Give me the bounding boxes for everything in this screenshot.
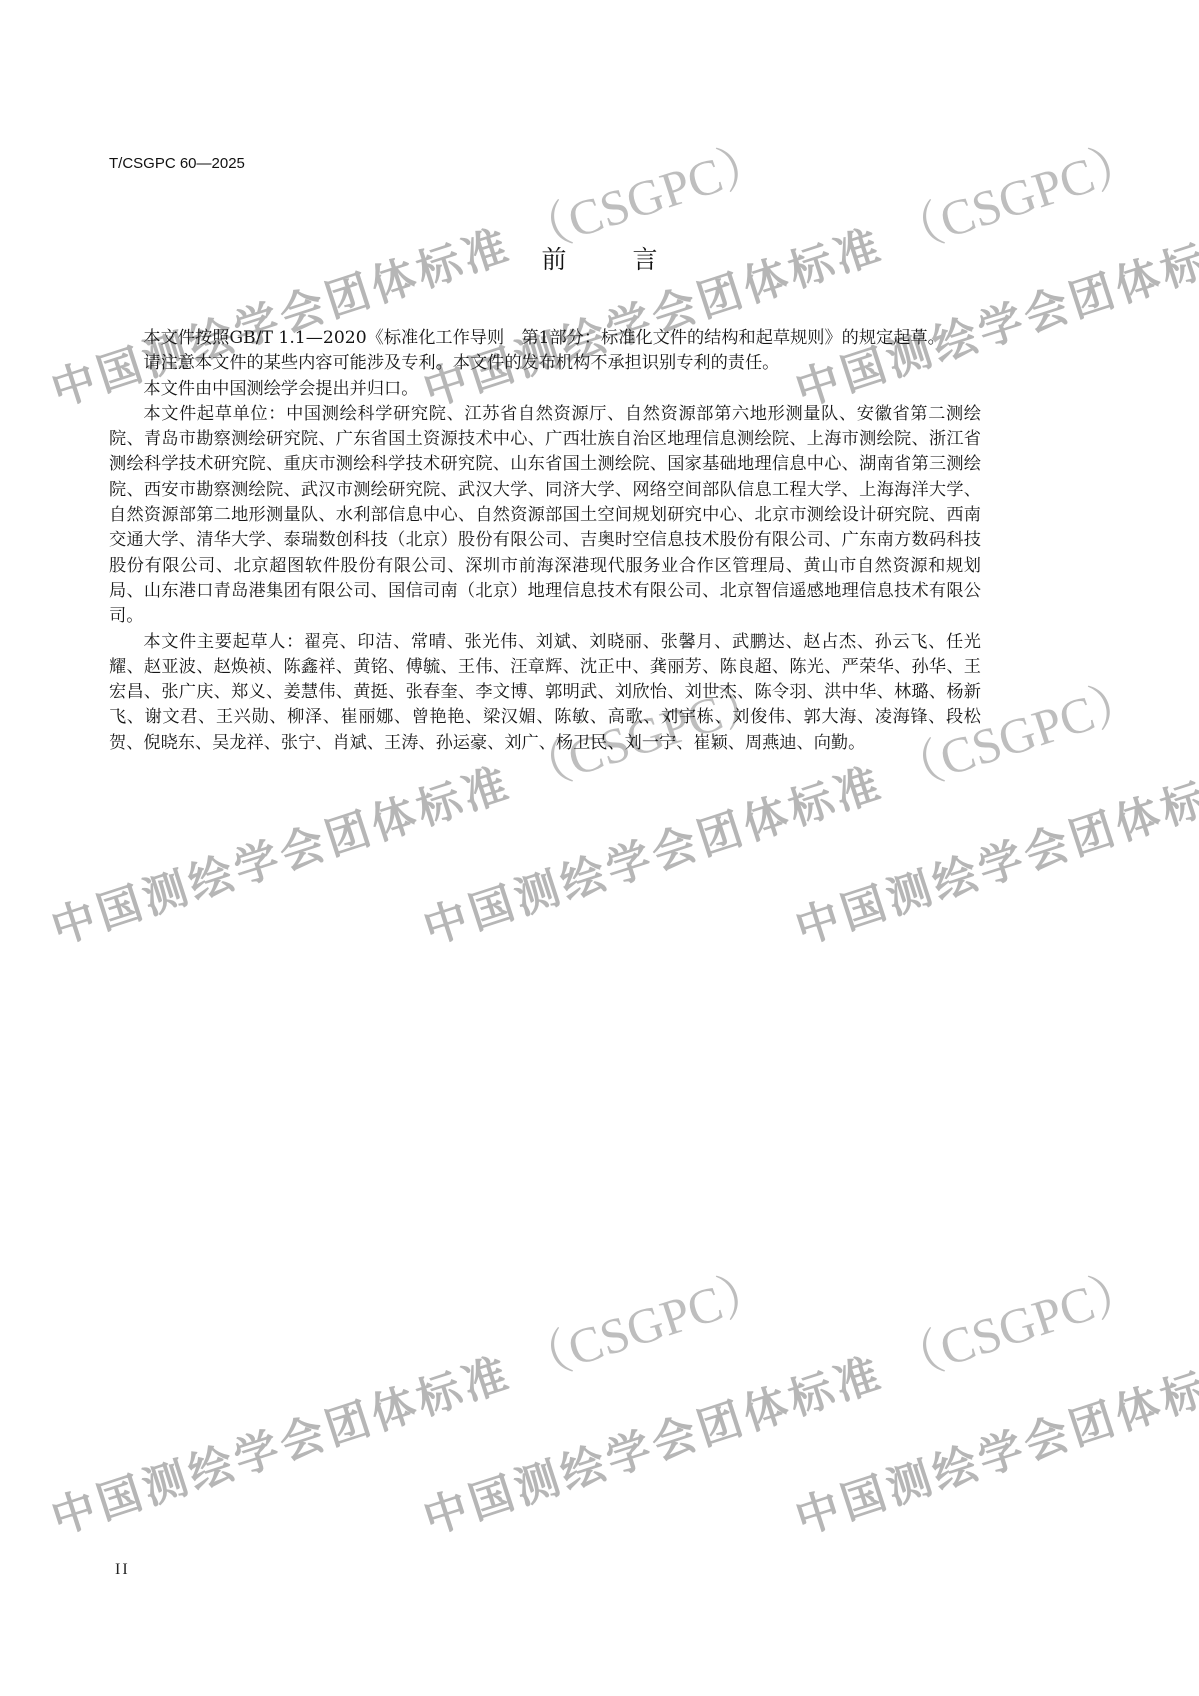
paragraph-patent-notice: 请注意本文件的某些内容可能涉及专利。本文件的发布机构不承担识别专利的责任。 [109, 351, 981, 376]
paragraph-standard-basis: 本文件按照GB/T 1.1—2020《标准化工作导则 第1部分：标准化文件的结构… [109, 326, 981, 351]
paragraph-proposer: 本文件由中国测绘学会提出并归口。 [109, 377, 981, 402]
watermark: 中国测绘学会团体标准（CSGPC） [784, 1247, 1199, 1548]
section-title-char: 前 [541, 245, 566, 274]
watermark: 中国测绘学会团体标准（CSGPC） [40, 1247, 778, 1548]
paragraph-drafting-organizations: 本文件起草单位：中国测绘科学研究院、江苏省自然资源厅、自然资源部第六地形测量队、… [109, 402, 981, 630]
document-page: 中国测绘学会团体标准（CSGPC） 中国测绘学会团体标准（CSGPC） 中国测绘… [0, 0, 1199, 1696]
preface-body: 本文件按照GB/T 1.1—2020《标准化工作导则 第1部分：标准化文件的结构… [109, 326, 981, 756]
document-code: T/CSGPC 60—2025 [109, 155, 245, 172]
paragraph-drafters: 本文件主要起草人：翟亮、印洁、常晴、张光伟、刘斌、刘晓丽、张馨月、武鹏达、赵占杰… [109, 630, 981, 756]
watermark: 中国测绘学会团体标准（CSGPC） [412, 1247, 1150, 1548]
section-title-char: 言 [633, 245, 658, 274]
page-number: II [115, 1561, 130, 1579]
section-title: 前言 [0, 240, 1199, 276]
